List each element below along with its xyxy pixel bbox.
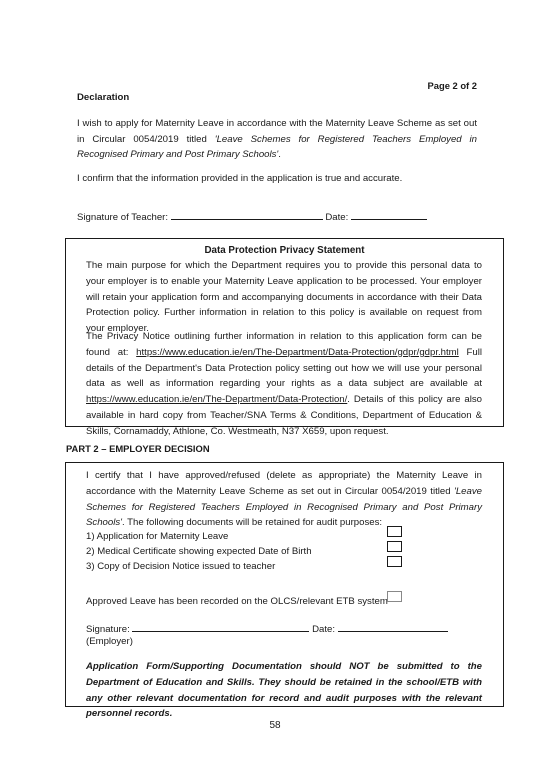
declaration-statement: I wish to apply for Maternity Leave in a… [77,116,477,163]
employer-label: (Employer) [86,636,133,647]
teacher-signature-label: Signature of Teacher: [77,212,171,223]
employer-signature-field[interactable] [132,621,309,632]
privacy-statement-box: Data Protection Privacy Statement The ma… [65,238,504,427]
teacher-signature-row: Signature of Teacher: Date: [77,209,427,223]
teacher-date-field[interactable] [351,209,427,220]
teacher-date-label: Date: [323,212,351,223]
employer-signature-label: Signature: [86,624,132,635]
data-protection-link[interactable]: https://www.education.ie/en/The-Departme… [86,394,347,405]
document-checkbox-application[interactable] [387,526,402,537]
teacher-signature-field[interactable] [171,209,323,220]
part2-heading: PART 2 – EMPLOYER DECISION [66,443,210,454]
privacy-notice-text: The Privacy Notice outlining further inf… [86,329,482,440]
gdpr-link[interactable]: https://www.education.ie/en/The-Departme… [136,347,459,358]
document-item-decision-notice: 3) Copy of Decision Notice issued to tea… [86,561,275,572]
submission-notice: Application Form/Supporting Documentatio… [86,659,482,722]
declaration-text-end: . [278,149,281,160]
certify-text: I certify that I have approved/refused (… [86,470,482,497]
confirmation-statement: I confirm that the information provided … [77,171,477,187]
recorded-on-system-checkbox[interactable] [387,591,402,602]
footer-page-number: 58 [0,720,550,731]
employer-date-label: Date: [309,624,337,635]
privacy-purpose-text: The main purpose for which the Departmen… [86,258,482,337]
employer-signature-row: Signature: Date: [86,621,448,635]
document-checkbox-decision-notice[interactable] [387,556,402,567]
privacy-statement-title: Data Protection Privacy Statement [66,245,503,256]
employer-date-field[interactable] [338,621,448,632]
document-item-medical-certificate: 2) Medical Certificate showing expected … [86,546,312,557]
declaration-heading: Declaration [77,92,129,103]
certify-text-end: . The following documents will be retain… [122,517,382,528]
employer-decision-box: I certify that I have approved/refused (… [65,462,504,707]
recorded-on-system-label: Approved Leave has been recorded on the … [86,596,388,607]
page-indicator: Page 2 of 2 [428,80,478,91]
document-checkbox-medical-certificate[interactable] [387,541,402,552]
document-item-application: 1) Application for Maternity Leave [86,531,228,542]
employer-certification-text: I certify that I have approved/refused (… [86,468,482,531]
